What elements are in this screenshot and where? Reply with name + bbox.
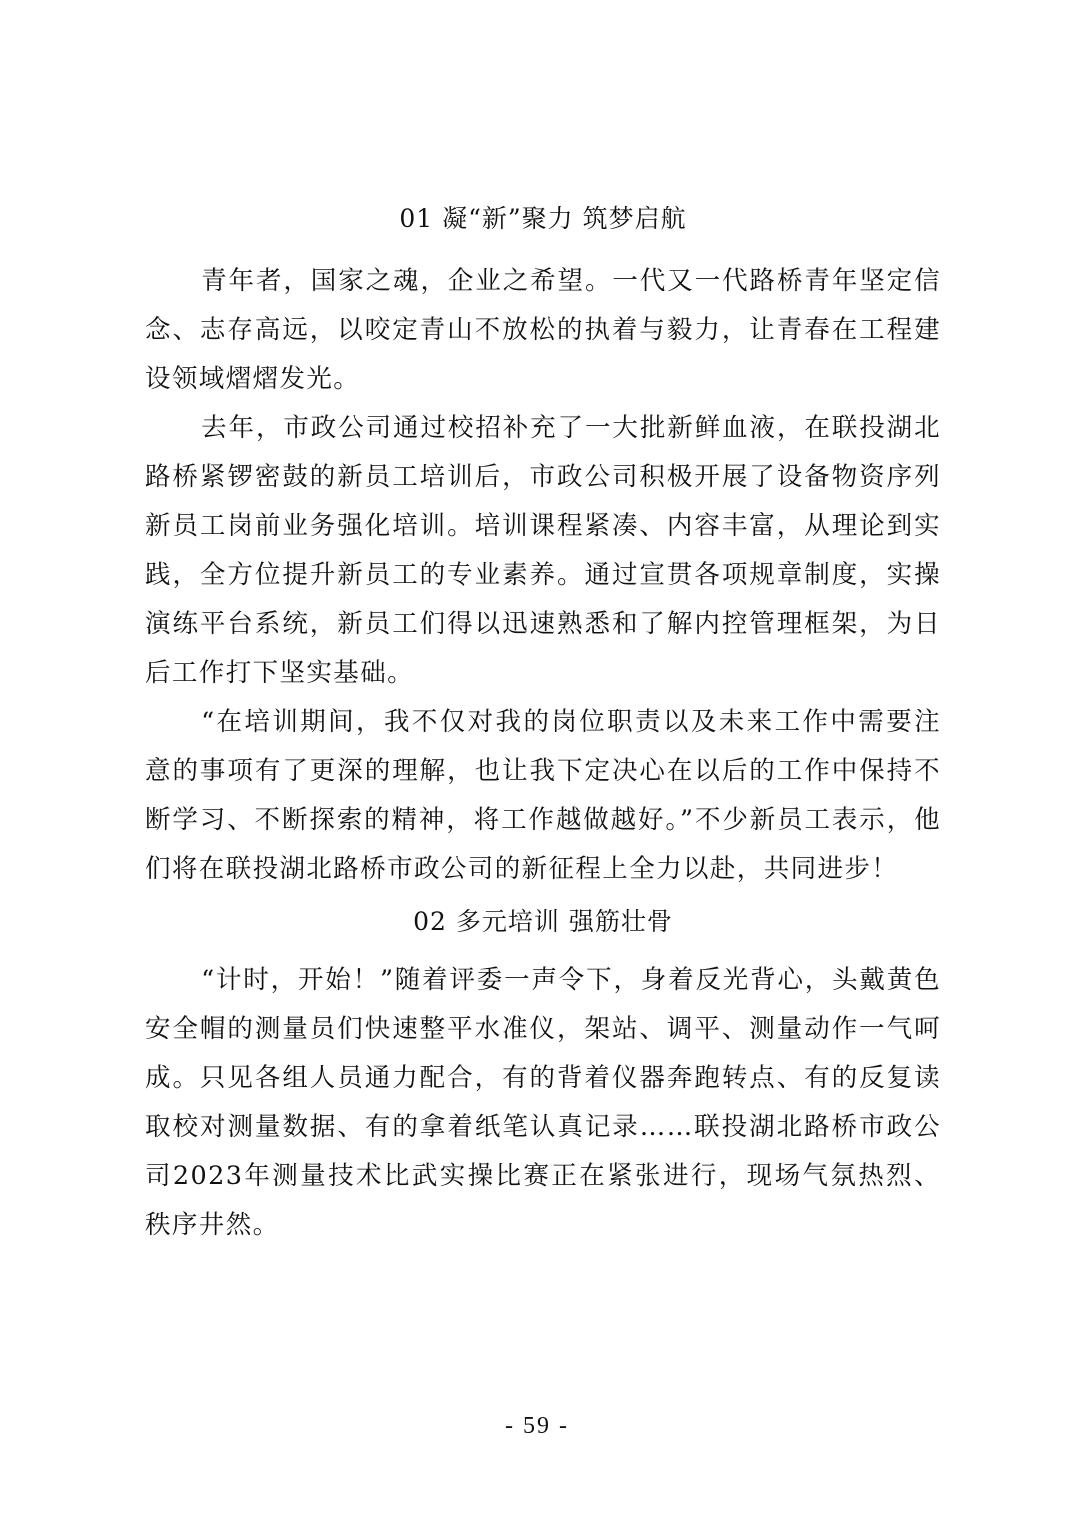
section-heading-1: 01 凝“新”聚力 筑梦启航 [145,195,941,243]
article-body: 01 凝“新”聚力 筑梦启航 青年者，国家之魂，企业之希望。一代又一代路桥青年坚… [145,195,941,1250]
paragraph-2-1: “计时，开始！”随着评委一声令下，身着反光背心，头戴黄色安全帽的测量员们快速整平… [145,956,941,1250]
paragraph-1-2: 去年，市政公司通过校招补充了一大批新鲜血液，在联投湖北路桥紧锣密鼓的新员工培训后… [145,404,941,698]
page-number: - 59 - [0,1408,1074,1444]
paragraph-1-1: 青年者，国家之魂，企业之希望。一代又一代路桥青年坚定信念、志存高远，以咬定青山不… [145,257,941,404]
section-heading-2: 02 多元培训 强筋壮骨 [145,898,941,946]
document-page: 01 凝“新”聚力 筑梦启航 青年者，国家之魂，企业之希望。一代又一代路桥青年坚… [0,0,1074,1520]
paragraph-1-3: “在培训期间，我不仅对我的岗位职责以及未来工作中需要注意的事项有了更深的理解，也… [145,698,941,894]
